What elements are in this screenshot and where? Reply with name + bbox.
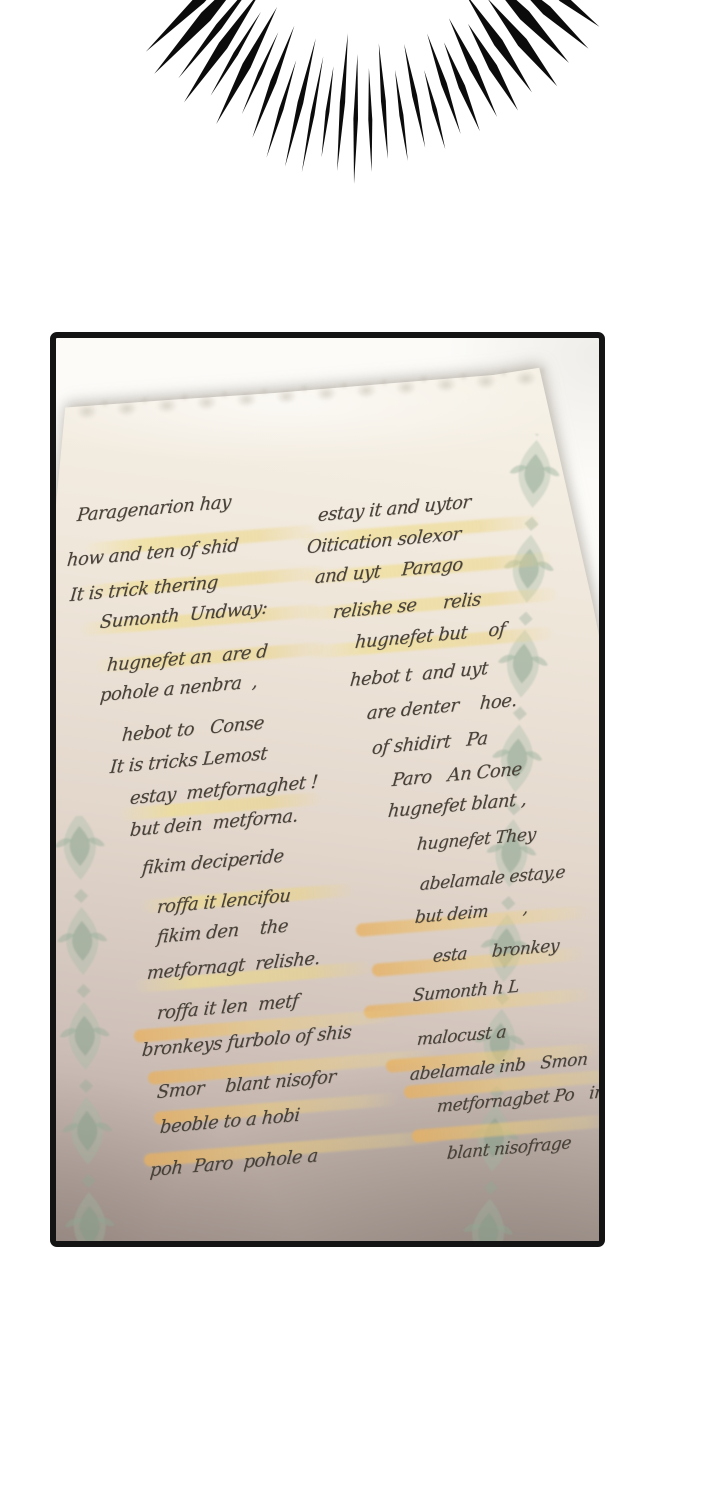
ornament-border-left [50, 815, 126, 1247]
letter-panel: Paragenarion hay how and ten of shid It … [50, 332, 605, 1247]
speed-lines [0, 0, 720, 300]
